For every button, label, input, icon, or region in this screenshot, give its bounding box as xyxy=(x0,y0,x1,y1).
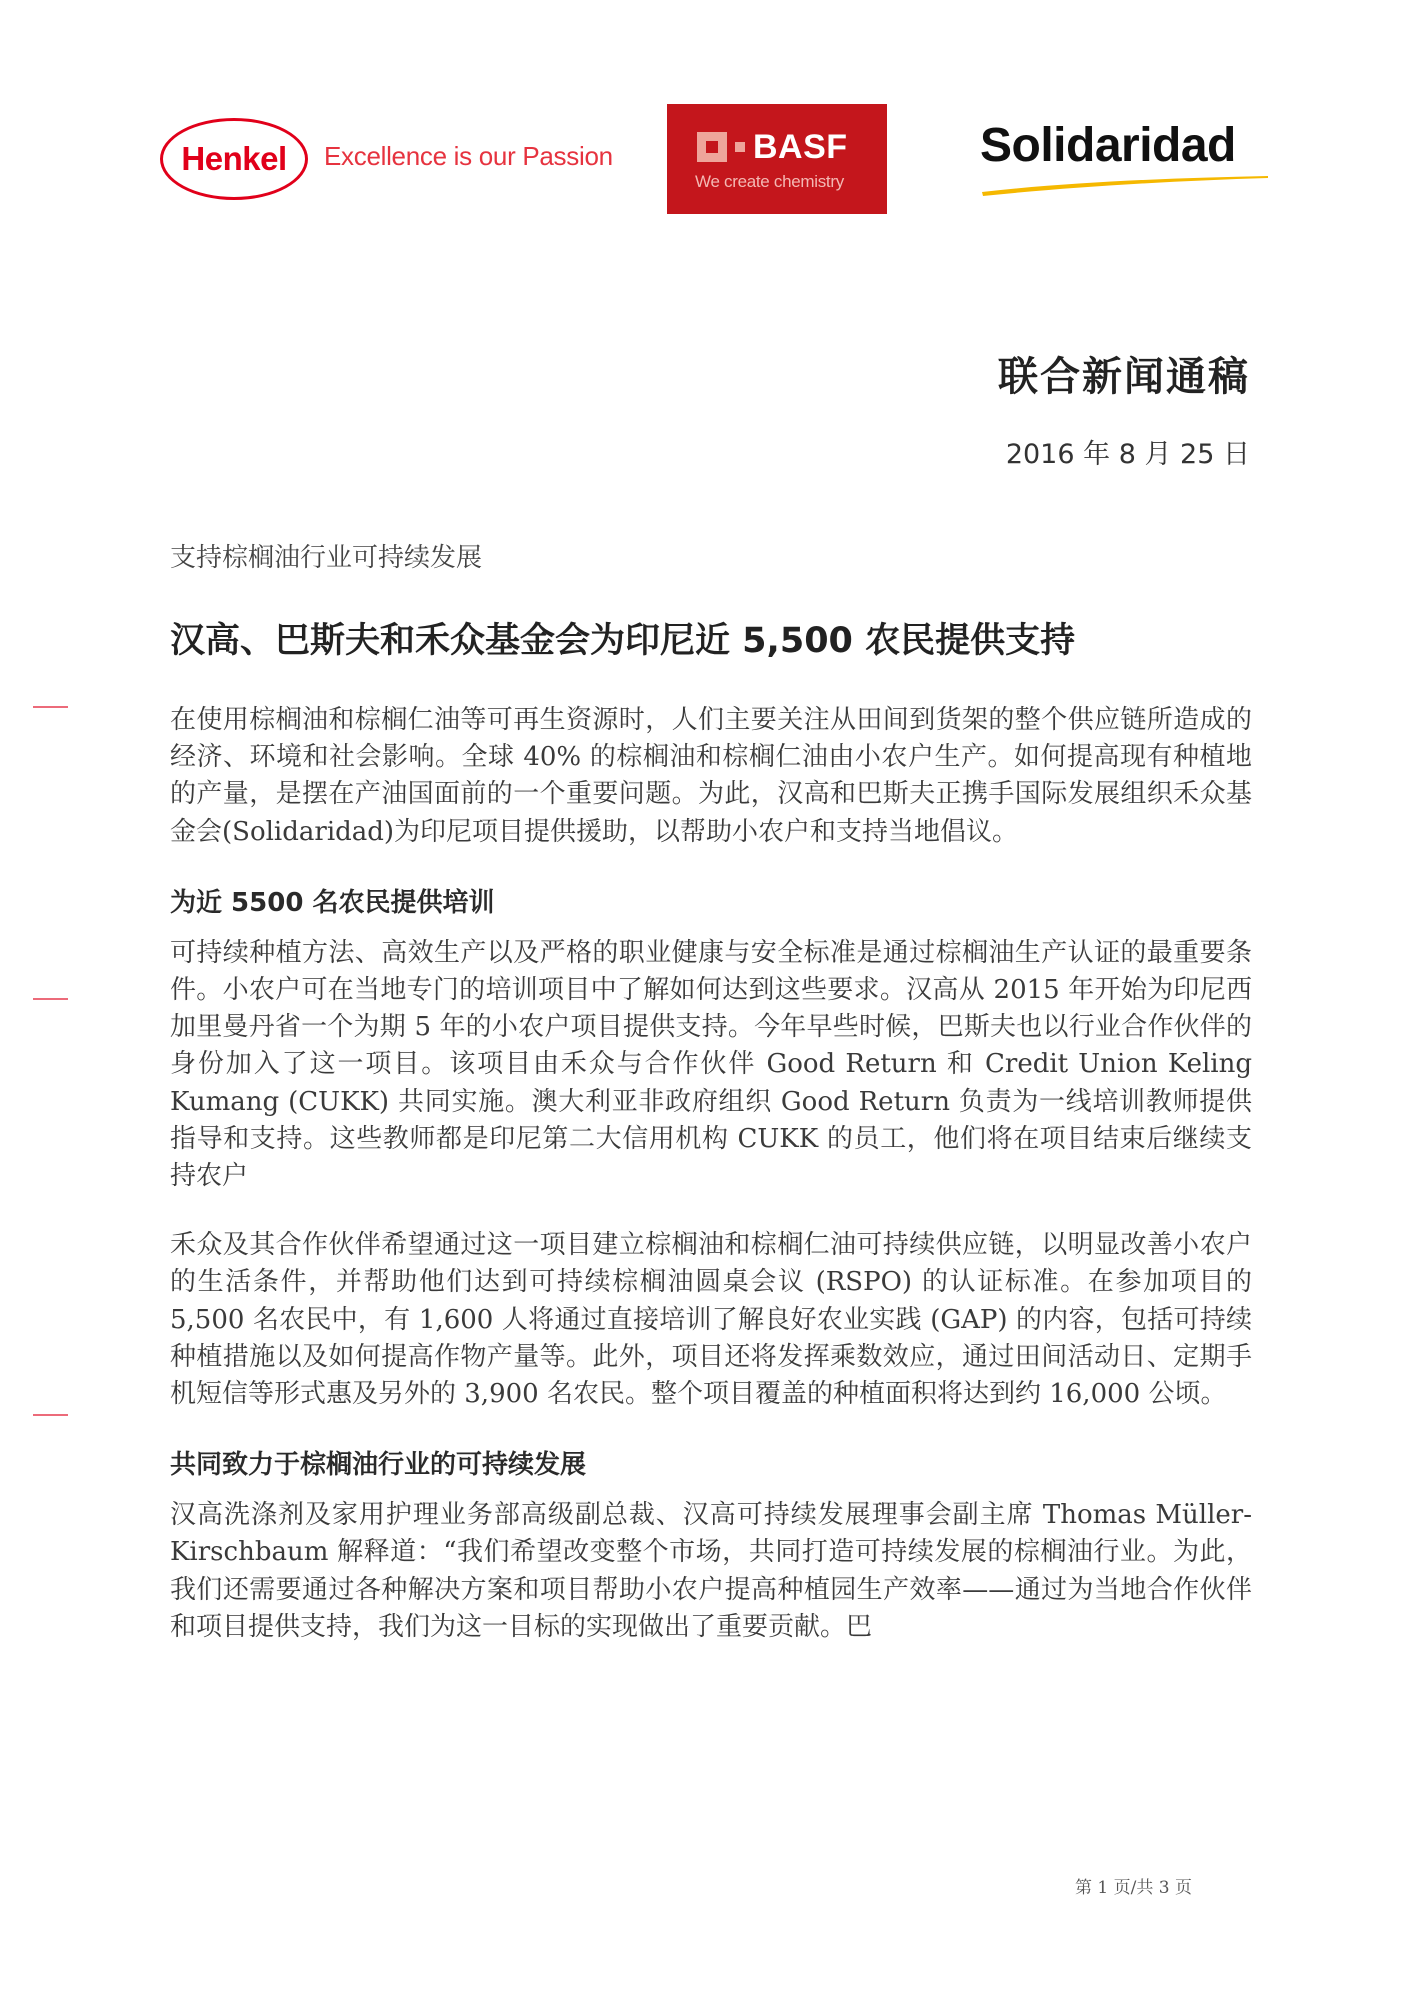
solidaridad-logo: Solidaridad xyxy=(980,118,1270,198)
paragraph-quote: 汉高洗涤剂及家用护理业务部高级副总裁、汉高可持续发展理事会副主席 Thomas … xyxy=(170,1497,1252,1646)
paragraph-goals: 禾众及其合作伙伴希望通过这一项目建立棕榈油和棕榈仁油可持续供应链，以明显改善小农… xyxy=(170,1227,1252,1413)
basf-tagline: We create chemistry xyxy=(695,172,844,192)
margin-mark xyxy=(33,1414,68,1416)
basf-wordmark: BASF xyxy=(753,132,848,162)
subhead-training: 为近 5500 名农民提供培训 xyxy=(170,883,1252,923)
margin-mark xyxy=(33,706,68,708)
subhead-commitment: 共同致力于棕榈油行业的可持续发展 xyxy=(170,1445,1252,1485)
headline: 汉高、巴斯夫和禾众基金会为印尼近 5,500 农民提供支持 xyxy=(170,616,1252,666)
basf-square-icon xyxy=(697,132,727,162)
henkel-logo-text: Henkel xyxy=(181,140,286,178)
basf-dot-icon xyxy=(735,142,745,152)
solidaridad-swoosh-icon xyxy=(980,174,1270,196)
article-body: 支持棕榈油行业可持续发展 汉高、巴斯夫和禾众基金会为印尼近 5,500 农民提供… xyxy=(170,538,1252,1646)
document-type-title: 联合新闻通稿 xyxy=(998,345,1250,402)
paragraph-intro: 在使用棕榈油和棕榈仁油等可再生资源时，人们主要关注从田间到货架的整个供应链所造成… xyxy=(170,702,1252,851)
basf-logo: BASF We create chemistry xyxy=(667,104,887,214)
henkel-tagline: Excellence is our Passion xyxy=(324,141,613,172)
kicker: 支持棕榈油行业可持续发展 xyxy=(170,538,1252,578)
paragraph-training: 可持续种植方法、高效生产以及严格的职业健康与安全标准是通过棕榈油生产认证的最重要… xyxy=(170,935,1252,1195)
margin-mark xyxy=(33,998,68,1000)
henkel-logo: Henkel xyxy=(160,118,308,200)
page-number: 第 1 页/共 3 页 xyxy=(1075,1873,1192,1898)
release-date: 2016 年 8 月 25 日 xyxy=(1006,432,1250,471)
basf-mark: BASF xyxy=(697,132,848,162)
solidaridad-wordmark: Solidaridad xyxy=(980,118,1270,174)
